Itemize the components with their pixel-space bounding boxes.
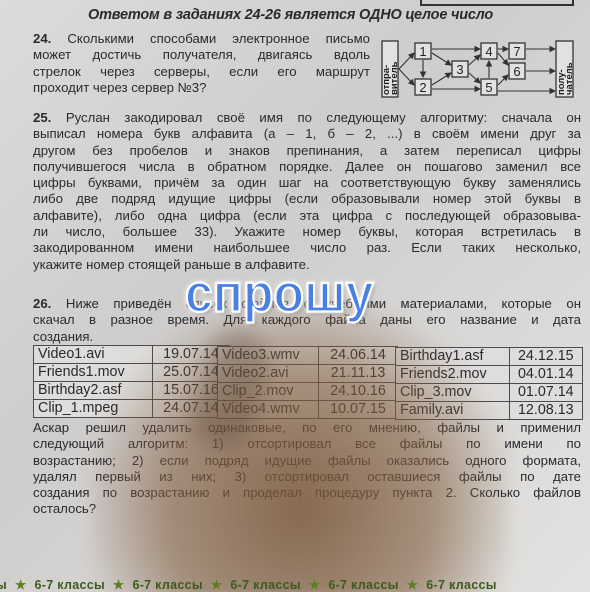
task-24-number: 24. bbox=[33, 31, 51, 46]
star-icon: ★ bbox=[15, 578, 27, 592]
task-25-line: получившегося числа в обратном порядке. … bbox=[33, 159, 581, 175]
task-26-number: 26. bbox=[33, 296, 51, 311]
footer-item: 6-7 классы bbox=[35, 578, 105, 592]
svg-text:чатель: чатель bbox=[564, 62, 575, 95]
footer-item: 6-7 классы bbox=[426, 578, 496, 592]
task-25-number: 25. bbox=[33, 110, 51, 125]
file-table-1: Video1.avi19.07.14 Friends1.mov25.07.14 … bbox=[33, 345, 230, 418]
file-date: 12.08.13 bbox=[509, 402, 582, 420]
footer-item: 6-7 классы bbox=[132, 578, 202, 592]
svg-text:6: 6 bbox=[513, 64, 520, 79]
task-24-line: проходит через сервер №3? bbox=[33, 80, 370, 96]
task-24-line: стрелок через серверы, если его маршрут bbox=[33, 64, 370, 80]
table-row: Friends1.mov25.07.14 bbox=[34, 364, 230, 382]
task-25-line: выписал номера букв алфавита (а – 1, б –… bbox=[33, 126, 581, 142]
table-row: Video3.wmv24.06.14 bbox=[218, 347, 398, 365]
task-25: 25. Руслан закодировал своё имя по следу… bbox=[33, 110, 581, 273]
file-name: Birthday2.asf bbox=[34, 382, 153, 400]
table-row: Friends2.mov04.01.14 bbox=[396, 366, 583, 384]
table-row: Video1.avi19.07.14 bbox=[34, 346, 230, 364]
svg-text:5: 5 bbox=[485, 80, 492, 95]
file-name: Video4.wmv bbox=[218, 401, 319, 419]
star-icon: ★ bbox=[309, 578, 321, 592]
file-name: Clip_1.mpeg bbox=[34, 400, 153, 418]
file-table-2: Video3.wmv24.06.14 Video2.avi21.11.13 Cl… bbox=[217, 346, 398, 419]
task-26-continuation: Аскар решил удалить одинаковые, по его м… bbox=[33, 420, 581, 518]
task-24-line: может достичь получателя, двигаясь вдоль bbox=[33, 47, 370, 63]
file-name: Birthday1.asf bbox=[396, 348, 510, 366]
svg-text:витель: витель bbox=[389, 61, 400, 95]
svg-text:1: 1 bbox=[419, 44, 426, 59]
table-row: Family.avi12.08.13 bbox=[396, 402, 583, 420]
file-table-3: Birthday1.asf24.12.15 Friends2.mov04.01.… bbox=[395, 347, 583, 420]
table-row: Clip_1.mpeg24.07.14 bbox=[34, 400, 230, 418]
task-26-line: Аскар решил удалить одинаковые, по его м… bbox=[33, 420, 581, 436]
section-header: Ответом в заданиях 24-26 является ОДНО ц… bbox=[88, 7, 528, 23]
table-row: Birthday1.asf24.12.15 bbox=[396, 348, 583, 366]
file-name: Family.avi bbox=[396, 402, 510, 420]
task-25-line: цифры буквами, причём за один шаг на соо… bbox=[33, 175, 581, 191]
task-25-line: другом без пробелов и знаков препинания,… bbox=[33, 143, 581, 159]
task-26-line: осталось? bbox=[33, 501, 581, 517]
task-26-line: создания. bbox=[33, 329, 581, 345]
task-25-line: закодированном имени наибольшее число ра… bbox=[33, 240, 581, 256]
task-25-line: ли число, большее 33). Укажите номер бук… bbox=[33, 224, 581, 240]
table-row: Video4.wmv10.07.15 bbox=[218, 401, 398, 419]
task-26-line: создания по возрастанию и проделал проце… bbox=[33, 485, 581, 501]
file-date: 01.07.14 bbox=[509, 384, 582, 402]
server-network-diagram: 1 2 3 4 5 6 7 отпра- витель полу- чатель bbox=[379, 33, 579, 105]
task-26-line: следующий алгоритм: 1) отсортировал все … bbox=[33, 436, 581, 452]
table-row: Clip_2.mov24.10.16 bbox=[218, 383, 398, 401]
footer-item: 6-7 классы bbox=[230, 578, 300, 592]
file-date: 04.01.14 bbox=[509, 366, 582, 384]
task-25-line: Руслан закодировал своё имя по следующем… bbox=[66, 110, 581, 125]
svg-text:4: 4 bbox=[485, 44, 492, 59]
task-24: 24. Сколькими способами электронное пись… bbox=[33, 31, 370, 96]
task-25-line: алфавите), либо одна цифра (если эта циф… bbox=[33, 208, 581, 224]
svg-text:2: 2 bbox=[419, 80, 426, 95]
table-row: Birthday2.asf15.07.16 bbox=[34, 382, 230, 400]
task-26-line: возрастанию; 2) если подряд идущие файлы… bbox=[33, 453, 581, 469]
overlay-caption: спрошу bbox=[185, 262, 374, 325]
footer-item: 6-7 классы bbox=[328, 578, 398, 592]
top-answer-box bbox=[420, 0, 574, 6]
file-name: Friends2.mov bbox=[396, 366, 510, 384]
file-name: Friends1.mov bbox=[34, 364, 153, 382]
file-date: 21.11.13 bbox=[319, 365, 398, 383]
star-icon: ★ bbox=[211, 578, 223, 592]
file-name: Clip_3.mov bbox=[396, 384, 510, 402]
file-date: 10.07.15 bbox=[319, 401, 398, 419]
star-icon: ★ bbox=[407, 578, 419, 592]
file-date: 24.12.15 bbox=[509, 348, 582, 366]
task-26-line: удалял первый из них; 3) отсортировал ос… bbox=[33, 469, 581, 485]
file-name: Video1.avi bbox=[34, 346, 153, 364]
file-name: Video2.avi bbox=[218, 365, 319, 383]
svg-text:3: 3 bbox=[456, 62, 463, 77]
page-footer: ы★6-7 классы★6-7 классы★6-7 классы★6-7 к… bbox=[0, 577, 497, 592]
svg-text:7: 7 bbox=[513, 44, 520, 59]
file-date: 24.10.16 bbox=[319, 383, 398, 401]
task-25-line: либо две подряд идущие цифры (если образ… bbox=[33, 191, 581, 207]
footer-item: ы bbox=[0, 578, 7, 592]
file-name: Clip_2.mov bbox=[218, 383, 319, 401]
table-row: Video2.avi21.11.13 bbox=[218, 365, 398, 383]
star-icon: ★ bbox=[113, 578, 125, 592]
task-24-line: Сколькими способами электронное письмо bbox=[67, 31, 370, 46]
table-row: Clip_3.mov01.07.14 bbox=[396, 384, 583, 402]
file-date: 24.06.14 bbox=[319, 347, 398, 365]
file-name: Video3.wmv bbox=[218, 347, 319, 365]
